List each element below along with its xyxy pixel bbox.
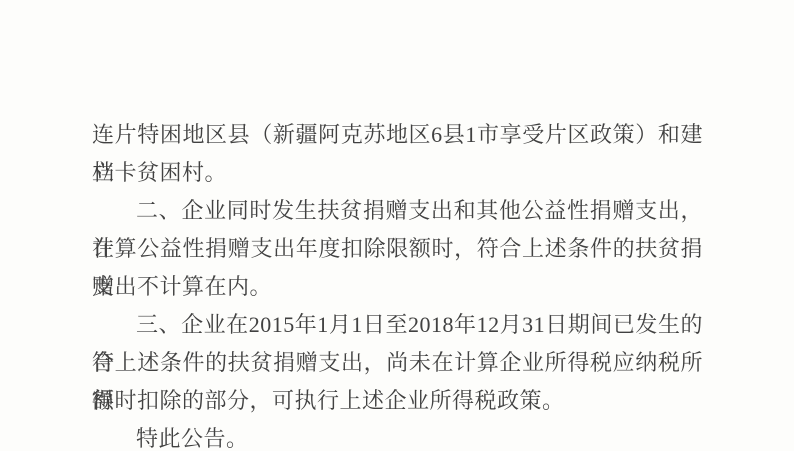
document-body: 连片特困地区县（新疆阿克苏地区6县1市享受片区政策）和建档 立卡贫困村。 二、企… xyxy=(92,116,703,451)
text-line: 计算公益性捐赠支出年度扣除限额时，符合上述条件的扶贫捐赠 xyxy=(92,230,703,268)
text-line: 合上述条件的扶贫捐赠支出，尚未在计算企业所得税应纳税所得 xyxy=(92,344,703,382)
text-line: 额时扣除的部分，可执行上述企业所得税政策。 xyxy=(92,382,703,420)
document-page: 连片特困地区县（新疆阿克苏地区6县1市享受片区政策）和建档 立卡贫困村。 二、企… xyxy=(0,0,794,451)
text-line: 特此公告。 xyxy=(92,420,703,451)
text-line: 支出不计算在内。 xyxy=(92,268,703,306)
text-line: 立卡贫困村。 xyxy=(92,154,703,192)
text-line: 连片特困地区县（新疆阿克苏地区6县1市享受片区政策）和建档 xyxy=(92,116,703,154)
text-line: 二、企业同时发生扶贫捐赠支出和其他公益性捐赠支出，在 xyxy=(92,192,703,230)
text-line: 三、企业在2015年1月1日至2018年12月31日期间已发生的符 xyxy=(92,306,703,344)
